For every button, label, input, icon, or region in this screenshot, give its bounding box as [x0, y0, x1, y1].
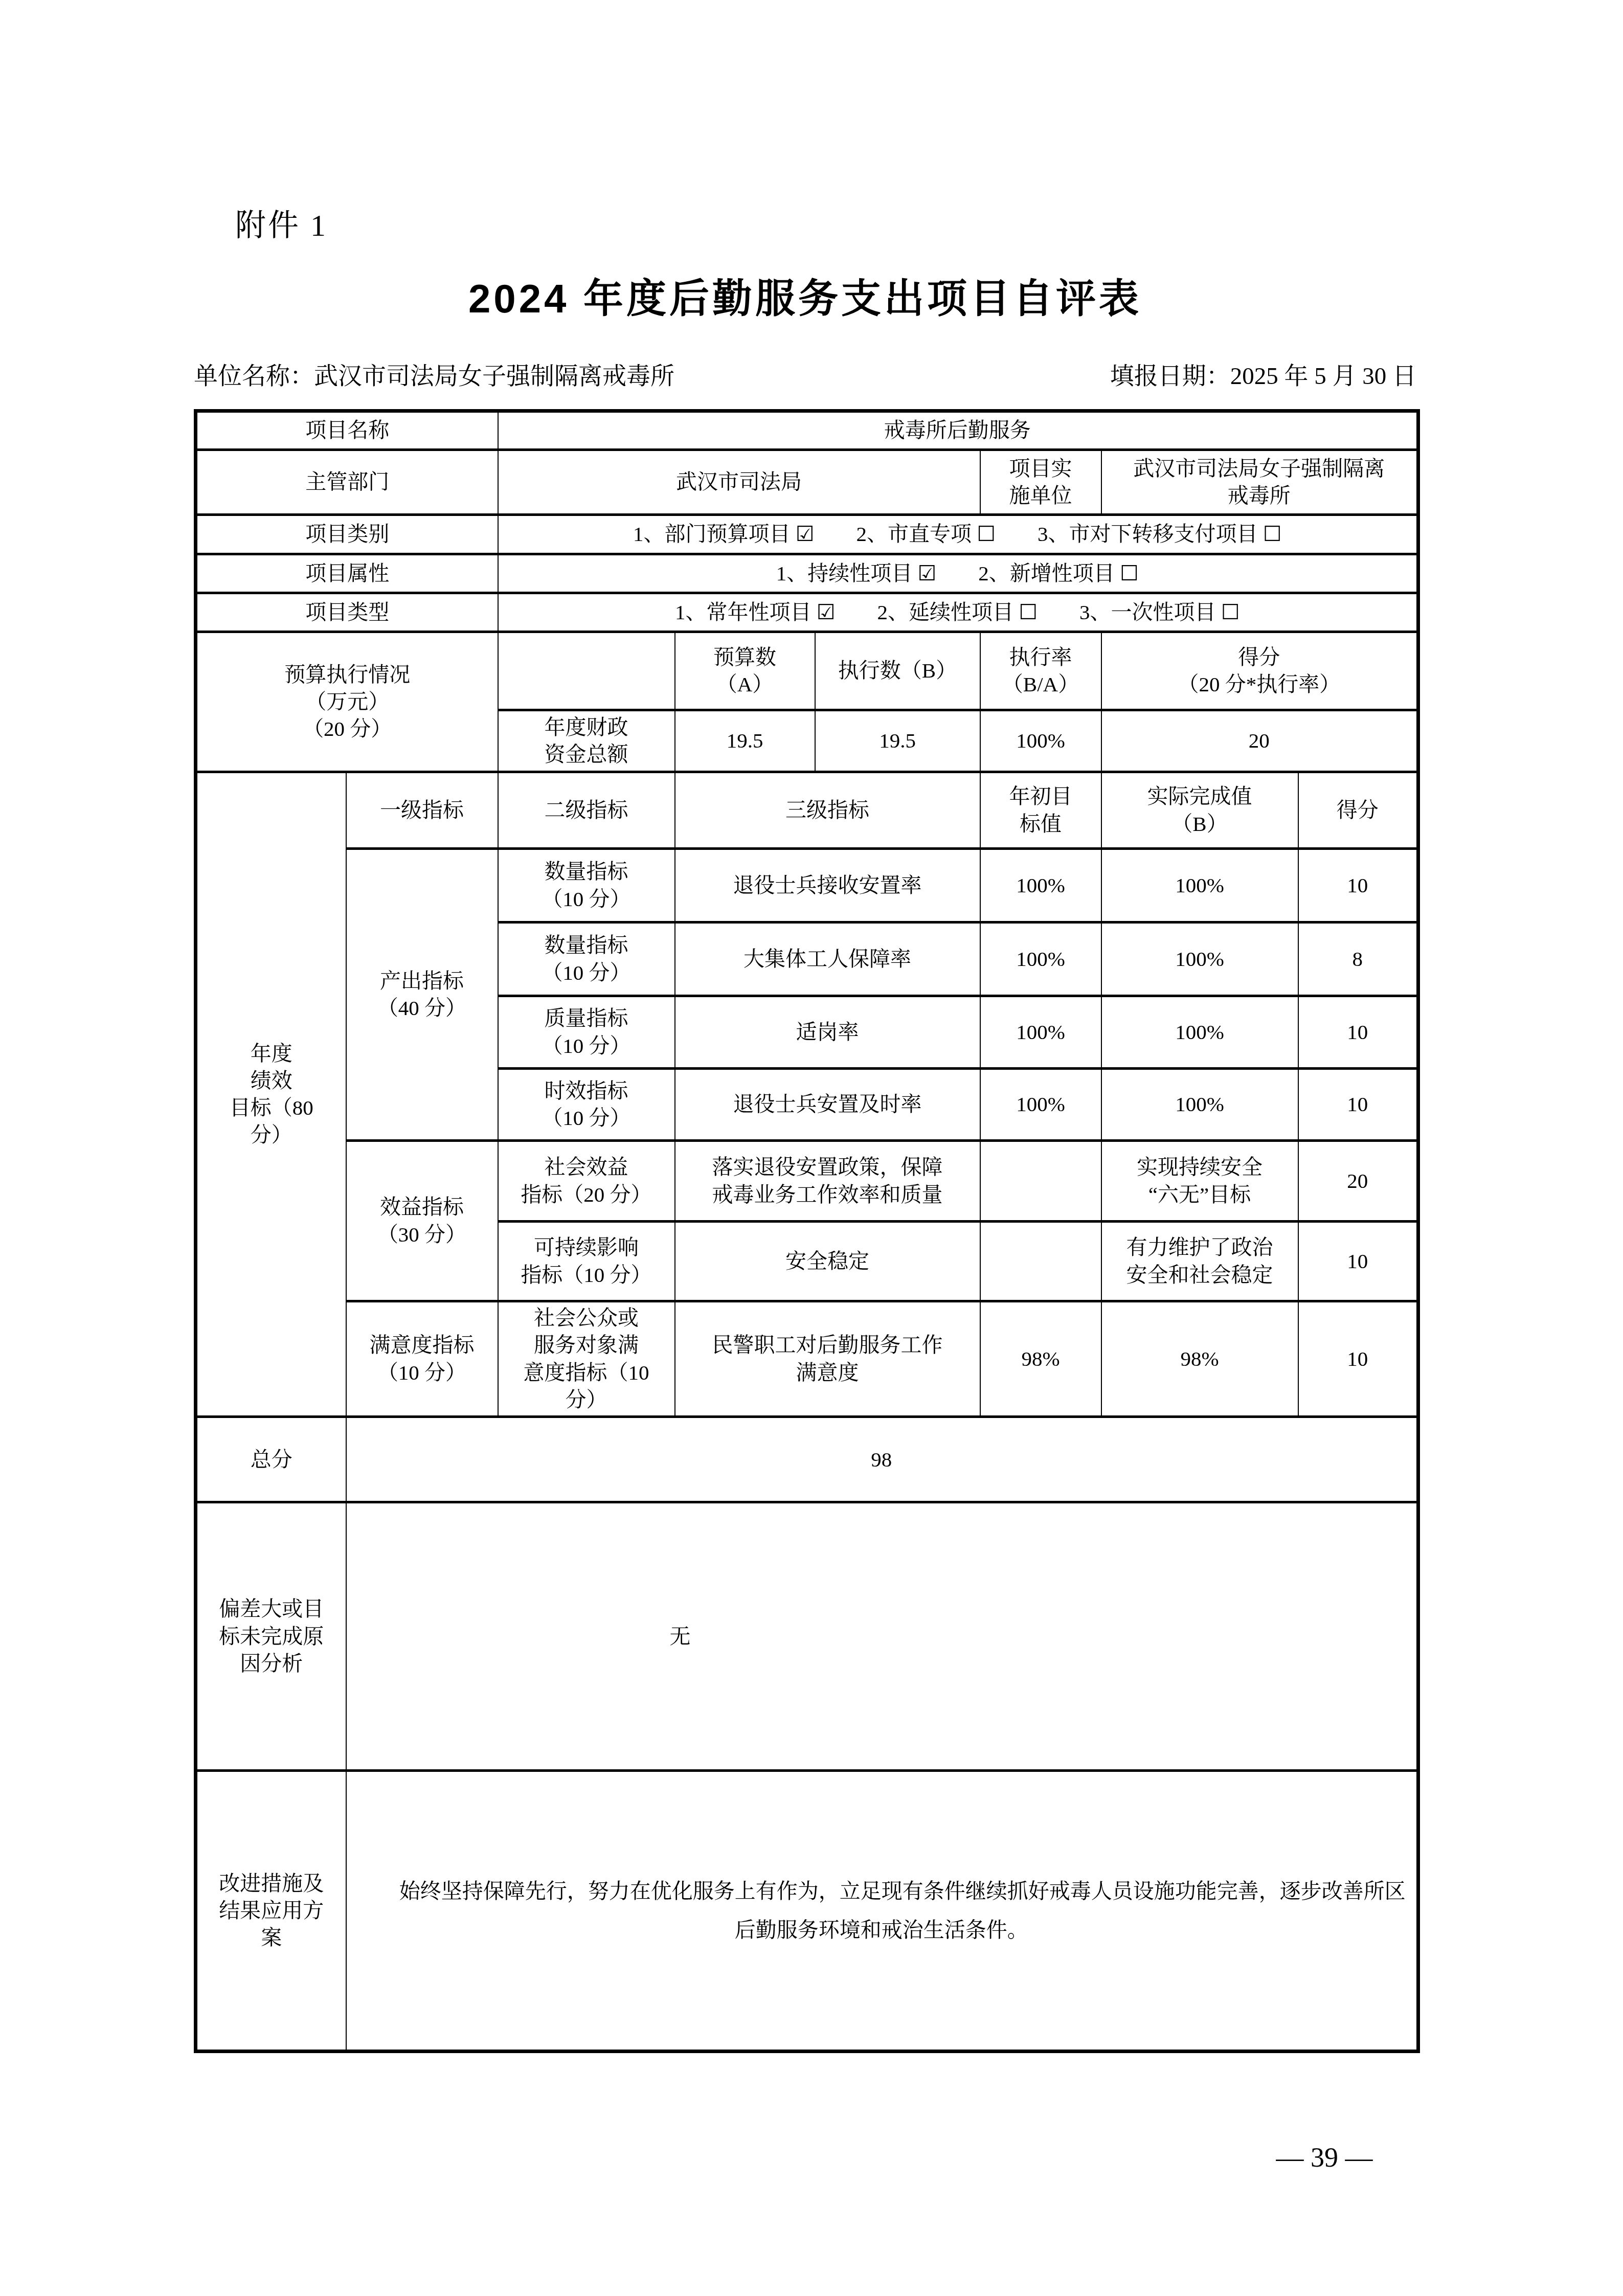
total-score-value: 98	[346, 1417, 1418, 1502]
level1-benefit: 效益指标 （30 分）	[346, 1141, 498, 1301]
score-cell: 10	[1298, 1069, 1418, 1141]
actual-cell: 100%	[1101, 1069, 1298, 1141]
level3-cell: 适岗率	[675, 996, 980, 1069]
table-row: 主管部门 武汉市司法局 项目实 施单位 武汉市司法局女子强制隔离 戒毒所	[196, 450, 1418, 515]
head-level3: 三级指标	[675, 772, 980, 849]
attribute-label: 项目属性	[196, 554, 498, 593]
head-level2: 二级指标	[498, 772, 675, 849]
score-cell: 20	[1298, 1141, 1418, 1222]
actual-cell: 实现持续安全 “六无”目标	[1101, 1141, 1298, 1222]
category-options: 1、部门预算项目 ☑ 2、市直专项 ☐ 3、市对下转移支付项目 ☐	[498, 515, 1418, 554]
level3-cell: 大集体工人保障率	[675, 922, 980, 996]
actual-cell: 100%	[1101, 849, 1298, 922]
level2-cell: 社会效益 指标（20 分）	[498, 1141, 675, 1222]
project-name-label: 项目名称	[196, 411, 498, 450]
level2-cell: 可持续影响 指标（10 分）	[498, 1222, 675, 1301]
score-cell: 10	[1298, 996, 1418, 1069]
deviation-cell: 无	[346, 1502, 1418, 1771]
dept-label: 主管部门	[196, 450, 498, 515]
table-row: 改进措施及 结果应用方 案 始终坚持保障先行，努力在优化服务上有作为，立足现有条…	[196, 1771, 1418, 2052]
attribute-options: 1、持续性项目 ☑ 2、新增性项目 ☐	[498, 554, 1418, 593]
actual-cell: 100%	[1101, 922, 1298, 996]
indicator-row: 满意度指标 （10 分） 社会公众或 服务对象满 意度指标（10 分） 民警职工…	[196, 1301, 1418, 1417]
total-score-label: 总分	[196, 1417, 346, 1502]
page-title: 2024 年度后勤服务支出项目自评表	[194, 267, 1416, 324]
head-actual: 实际完成值 （B）	[1101, 772, 1298, 849]
score-cell: 8	[1298, 922, 1418, 996]
budget-row-label: 年度财政 资金总额	[498, 710, 675, 772]
budget-section-label: 预算执行情况 （万元） （20 分）	[196, 632, 498, 772]
unit-name: 单位名称：武汉市司法局女子强制隔离戒毒所	[194, 357, 674, 391]
improvement-label: 改进措施及 结果应用方 案	[196, 1771, 346, 2052]
target-cell: 100%	[980, 1069, 1101, 1141]
exec-value: 19.5	[815, 710, 980, 772]
score-cell: 10	[1298, 1301, 1418, 1417]
target-cell	[980, 1222, 1101, 1301]
deviation-label: 偏差大或目 标未完成原 因分析	[196, 1502, 346, 1771]
budget-col-budget: 预算数 （A）	[675, 632, 815, 710]
level1-output: 产出指标 （40 分）	[346, 849, 498, 1141]
table-row: 项目名称 戒毒所后勤服务	[196, 411, 1418, 450]
level1-satisfaction: 满意度指标 （10 分）	[346, 1301, 498, 1417]
table-row: 预算执行情况 （万元） （20 分） 预算数 （A） 执行数（B） 执行率 （B…	[196, 632, 1418, 710]
type-options: 1、常年性项目 ☑ 2、延续性项目 ☐ 3、一次性项目 ☐	[498, 593, 1418, 632]
category-label: 项目类别	[196, 515, 498, 554]
budget-col-exec: 执行数（B）	[815, 632, 980, 710]
target-cell: 100%	[980, 922, 1101, 996]
score-cell: 10	[1298, 1222, 1418, 1301]
rate-value: 100%	[980, 710, 1101, 772]
level2-cell: 数量指标 （10 分）	[498, 922, 675, 996]
table-row: 项目类型 1、常年性项目 ☑ 2、延续性项目 ☐ 3、一次性项目 ☐	[196, 593, 1418, 632]
attachment-label: 附件 1	[235, 201, 328, 245]
table-row: 总分 98	[196, 1417, 1418, 1502]
target-cell	[980, 1141, 1101, 1222]
head-target: 年初目 标值	[980, 772, 1101, 849]
report-date: 填报日期：2025 年 5 月 30 日	[1110, 357, 1416, 391]
target-cell: 98%	[980, 1301, 1101, 1417]
table-row: 项目属性 1、持续性项目 ☑ 2、新增性项目 ☐	[196, 554, 1418, 593]
head-level1: 一级指标	[346, 772, 498, 849]
dept-value: 武汉市司法局	[498, 450, 980, 515]
budget-value: 19.5	[675, 710, 815, 772]
level3-cell: 安全稳定	[675, 1222, 980, 1301]
project-name-value: 戒毒所后勤服务	[498, 411, 1418, 450]
level3-cell: 民警职工对后勤服务工作 满意度	[675, 1301, 980, 1417]
actual-cell: 98%	[1101, 1301, 1298, 1417]
meta-line: 单位名称：武汉市司法局女子强制隔离戒毒所 填报日期：2025 年 5 月 30 …	[194, 357, 1416, 391]
page-number: — 39 —	[1217, 2142, 1432, 2173]
impl-unit-value: 武汉市司法局女子强制隔离 戒毒所	[1101, 450, 1418, 515]
score-cell: 10	[1298, 849, 1418, 922]
level3-cell: 退役士兵安置及时率	[675, 1069, 980, 1141]
table-row: 年度 绩效 目标（80 分） 一级指标 二级指标 三级指标 年初目 标值 实际完…	[196, 772, 1418, 849]
target-cell: 100%	[980, 996, 1101, 1069]
level2-cell: 时效指标 （10 分）	[498, 1069, 675, 1141]
level3-cell: 退役士兵接收安置率	[675, 849, 980, 922]
document-page: 附件 1 2024 年度后勤服务支出项目自评表 单位名称：武汉市司法局女子强制隔…	[0, 0, 1623, 2296]
self-evaluation-table: 项目名称 戒毒所后勤服务 主管部门 武汉市司法局 项目实 施单位 武汉市司法局女…	[194, 409, 1420, 2053]
improvement-cell: 始终坚持保障先行，努力在优化服务上有作为，立足现有条件继续抓好戒毒人员设施功能完…	[346, 1771, 1418, 2052]
budget-col-score: 得分 （20 分*执行率）	[1101, 632, 1418, 710]
deviation-value: 无	[352, 1623, 1009, 1650]
budget-score-value: 20	[1101, 710, 1418, 772]
level2-cell: 质量指标 （10 分）	[498, 996, 675, 1069]
table-row: 项目类别 1、部门预算项目 ☑ 2、市直专项 ☐ 3、市对下转移支付项目 ☐	[196, 515, 1418, 554]
table-row: 偏差大或目 标未完成原 因分析 无	[196, 1502, 1418, 1771]
improvement-value: 始终坚持保障先行，努力在优化服务上有作为，立足现有条件继续抓好戒毒人员设施功能完…	[352, 1872, 1412, 1950]
indicator-row: 效益指标 （30 分） 社会效益 指标（20 分） 落实退役安置政策，保障 戒毒…	[196, 1141, 1418, 1222]
actual-cell: 100%	[1101, 996, 1298, 1069]
actual-cell: 有力维护了政治 安全和社会稳定	[1101, 1222, 1298, 1301]
level2-cell: 数量指标 （10 分）	[498, 849, 675, 922]
type-label: 项目类型	[196, 593, 498, 632]
head-score: 得分	[1298, 772, 1418, 849]
indicator-row: 产出指标 （40 分） 数量指标 （10 分） 退役士兵接收安置率 100% 1…	[196, 849, 1418, 922]
target-cell: 100%	[980, 849, 1101, 922]
budget-col-rate: 执行率 （B/A）	[980, 632, 1101, 710]
level2-cell: 社会公众或 服务对象满 意度指标（10 分）	[498, 1301, 675, 1417]
annual-goal-label: 年度 绩效 目标（80 分）	[196, 772, 346, 1417]
impl-unit-label: 项目实 施单位	[980, 450, 1101, 515]
budget-blank-cell	[498, 632, 675, 710]
level3-cell: 落实退役安置政策，保障 戒毒业务工作效率和质量	[675, 1141, 980, 1222]
